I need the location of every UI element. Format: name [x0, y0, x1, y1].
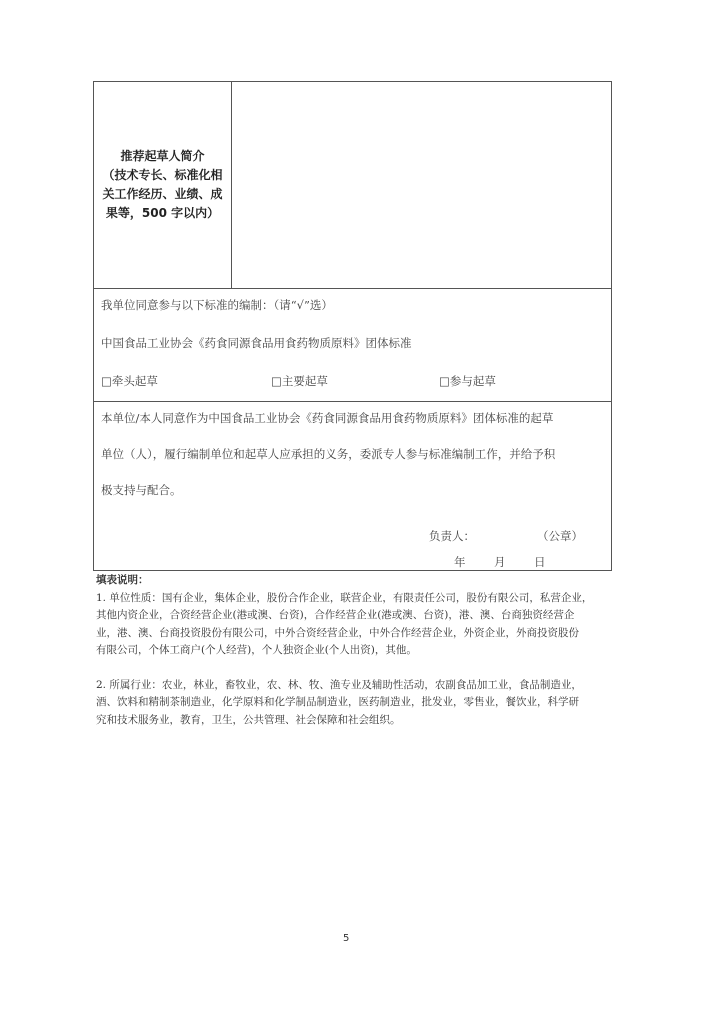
month-label: 月	[494, 554, 506, 570]
day-label: 日	[534, 554, 546, 570]
commitment-line: 极支持与配合。	[101, 482, 182, 498]
instructions-title: 填表说明：	[96, 572, 616, 590]
instructions-line: 业，港、澳、台商投资股份有限公司，中外合资经营企业，中外合作经营企业，外资企业，…	[96, 625, 616, 643]
instructions-line: 1. 单位性质：国有企业，集体企业，股份合作企业，联营企业，有限责任公司，股份有…	[96, 590, 616, 608]
commitment-line: 本单位/本人同意作为中国食品工业协会《药食同源食品用食药物质原料》团体标准的起草	[101, 410, 553, 426]
drafter-intro-field[interactable]	[232, 82, 611, 288]
commitment-row: 本单位/本人同意作为中国食品工业协会《药食同源食品用食药物质原料》团体标准的起草…	[94, 402, 611, 572]
option-main-drafter[interactable]: □主要起草	[271, 373, 328, 389]
label-line: 果等，500 字以内）	[102, 204, 222, 223]
instructions-line: 酒、饮料和精制茶制造业，化学原料和化学制品制造业，医药制造业，批发业，零售业，餐…	[96, 694, 616, 712]
participation-row: 我单位同意参与以下标准的编制：（请“√”选） 中国食品工业协会《药食同源食品用食…	[94, 289, 611, 402]
instructions-line: 究和技术服务业，教育，卫生，公共管理、社会保障和社会组织。	[96, 712, 616, 730]
label-line: 推荐起草人简介	[102, 147, 222, 166]
drafter-intro-row: 推荐起草人简介 （技术专长、标准化相 关工作经历、业绩、成 果等，500 字以内…	[94, 82, 611, 289]
instructions-line: 其他内资企业，合资经营企业(港或澳、台资)，合作经营企业(港或澳、台资)，港、澳…	[96, 607, 616, 625]
label-line: （技术专长、标准化相	[102, 166, 222, 185]
fill-instructions: 填表说明： 1. 单位性质：国有企业，集体企业，股份合作企业，联营企业，有限责任…	[96, 572, 616, 729]
option-participating-drafter[interactable]: □参与起草	[439, 373, 496, 389]
year-label: 年	[454, 554, 466, 570]
option-lead-drafter[interactable]: □牵头起草	[101, 373, 158, 389]
page-number: 5	[343, 933, 349, 944]
form-table: 推荐起草人简介 （技术专长、标准化相 关工作经历、业绩、成 果等，500 字以内…	[93, 81, 612, 571]
seal-label: （公章）	[537, 528, 583, 544]
signer-label: 负责人：	[429, 528, 475, 544]
drafter-intro-label: 推荐起草人简介 （技术专长、标准化相 关工作经历、业绩、成 果等，500 字以内…	[94, 82, 232, 288]
agree-text: 我单位同意参与以下标准的编制：（请“√”选）	[101, 297, 333, 313]
standard-text: 中国食品工业协会《药食同源食品用食药物质原料》团体标准	[101, 335, 412, 351]
instructions-line: 有限公司，个体工商户(个人经营)，个人独资企业(个人出资)，其他。	[96, 642, 616, 660]
instructions-line: 2. 所属行业：农业，林业，畜牧业，农、林、牧、渔专业及辅助性活动，农副食品加工…	[96, 677, 616, 695]
document-page: 推荐起草人简介 （技术专长、标准化相 关工作经历、业绩、成 果等，500 字以内…	[0, 0, 724, 1024]
commitment-line: 单位（人），履行编制单位和起草人应承担的义务，委派专人参与标准编制工作，并给予积	[101, 446, 555, 462]
label-line: 关工作经历、业绩、成	[102, 185, 222, 204]
